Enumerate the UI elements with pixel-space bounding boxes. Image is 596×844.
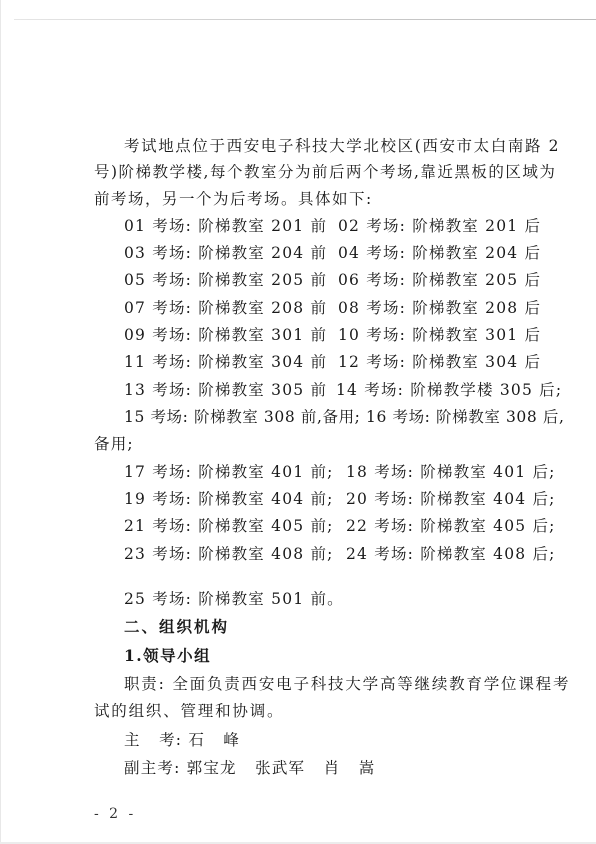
room-item-03: 03 考场: 阶梯教室 204 前 (124, 243, 327, 263)
room-item-10: 10 考场: 阶梯教室 301 后 (338, 325, 541, 345)
intro-line-3: 前考场，另一个为后考场。具体如下: (94, 189, 373, 209)
room-item-21: 21 考场: 阶梯教室 405 前; (124, 516, 334, 536)
room-item-04: 04 考场: 阶梯教室 204 后 (338, 243, 541, 263)
room-item-14: 14 考场: 阶梯教学楼 305 后; (336, 380, 562, 400)
room-item-18: 18 考场: 阶梯教室 401 后; (346, 462, 556, 482)
room-item-08: 08 考场: 阶梯教室 208 后 (338, 298, 541, 318)
intro-line-1: 考试地点位于西安电子科技大学北校区(西安市太白南路 2 (124, 136, 560, 156)
room-item-09: 09 考场: 阶梯教室 301 前 (124, 325, 327, 345)
room-item-05: 05 考场: 阶梯教室 205 前 (124, 270, 327, 290)
page-number: - 2 - (94, 806, 136, 822)
room-item-24: 24 考场: 阶梯教室 408 后; (346, 544, 556, 564)
room-item-22: 22 考场: 阶梯教室 405 后; (346, 516, 556, 536)
page-left-edge (0, 0, 1, 844)
room-item-11: 11 考场: 阶梯教室 304 前 (124, 352, 327, 372)
subheading-leadership-group: 1.领导小组 (124, 646, 211, 666)
room-item-01: 01 考场: 阶梯教室 201 前 (124, 216, 327, 236)
room-item-06: 06 考场: 阶梯教室 205 后 (338, 270, 541, 290)
room-item-20: 20 考场: 阶梯教室 404 后; (346, 489, 556, 509)
deputy-examiners: 副主考: 郭宝龙 张武军 肖 嵩 (124, 758, 375, 778)
intro-line-2: 号)阶梯教学楼,每个教室分为前后两个考场,靠近黑板的区域为 (94, 162, 556, 182)
room-item-12: 12 考场: 阶梯教室 304 后 (338, 352, 541, 372)
room-item-13: 13 考场: 阶梯教室 305 前 (124, 380, 327, 400)
chief-examiner: 主 考: 石 峰 (124, 730, 240, 750)
room-item-17: 17 考场: 阶梯教室 401 前; (124, 462, 334, 482)
duty-line-1: 职责: 全面负责西安电子科技大学高等继续教育学位课程考 (124, 674, 570, 694)
section-heading-organization: 二、组织机构 (124, 617, 229, 637)
room-item-02: 02 考场: 阶梯教室 201 后 (338, 216, 541, 236)
duty-line-2: 试的组织、管理和协调。 (94, 701, 284, 721)
room-item-15-16: 15 考场: 阶梯教室 308 前,备用; 16 考场: 阶梯教室 308 后, (124, 407, 564, 427)
room-item-07: 07 考场: 阶梯教室 208 前 (124, 298, 327, 318)
room-item-16-continued: 备用; (94, 434, 134, 454)
room-item-25: 25 考场: 阶梯教室 501 前。 (124, 589, 344, 609)
page-top-edge (14, 19, 596, 20)
room-item-23: 23 考场: 阶梯教室 408 前; (124, 544, 334, 564)
room-item-19: 19 考场: 阶梯教室 404 前; (124, 489, 334, 509)
